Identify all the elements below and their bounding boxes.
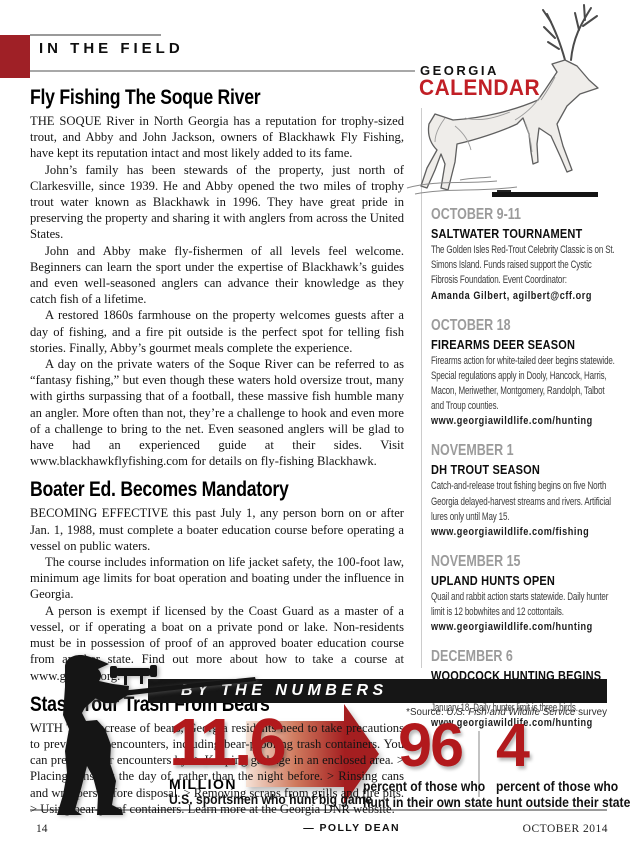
article-paragraph: BECOMING EFFECTIVE this past July 1, any… — [30, 505, 404, 554]
stat-value: 4 — [496, 717, 643, 773]
article-paragraph: A restored 1860s farmhouse on the proper… — [30, 307, 404, 356]
calendar-event: NOVEMBER 1 DH TROUT SEASON Catch-and-rel… — [431, 442, 631, 538]
stat-label: percent of those who — [363, 779, 462, 795]
event-description: Catch-and-release trout fishing begins o… — [431, 479, 615, 525]
calendar-events: OCTOBER 9-11 SALTWATER TOURNAMENT The Go… — [431, 206, 631, 744]
article-paragraph: John’s family has been stewards of the p… — [30, 162, 404, 243]
event-date: NOVEMBER 15 — [431, 553, 587, 571]
calendar-divider-bar — [492, 192, 598, 197]
event-date: OCTOBER 9-11 — [431, 206, 587, 224]
event-description: Firearms action for white-tailed deer be… — [431, 354, 615, 415]
event-title: DH TROUT SEASON — [431, 463, 607, 477]
event-contact: Amanda Gilbert, agilbert@cff.org — [431, 290, 591, 302]
article-title: Fly Fishing The Soque River — [30, 86, 344, 110]
stat-hunt-own-state: 96 percent of those who hunt in their ow… — [352, 717, 462, 811]
calendar-event: OCTOBER 18 FIREARMS DEER SEASON Firearms… — [431, 317, 631, 428]
event-description: The Golden Isles Red-Trout Celebrity Cla… — [431, 243, 615, 289]
article-title: Boater Ed. Becomes Mandatory — [30, 478, 344, 502]
calendar-event: NOVEMBER 15 UPLAND HUNTS OPEN Quail and … — [431, 553, 631, 633]
event-title: FIREARMS DEER SEASON — [431, 338, 607, 352]
article-paragraph: A day on the private waters of the Soque… — [30, 356, 404, 469]
event-date: DECEMBER 6 — [431, 648, 587, 666]
calendar-title: CALENDAR — [419, 75, 540, 101]
header-rule-top — [30, 34, 161, 36]
stat-value: 96 — [352, 717, 462, 773]
stat-label: percent of those who — [496, 779, 630, 795]
event-description: Quail and rabbit action starts statewide… — [431, 590, 615, 620]
issue-date: OCTOBER 2014 — [523, 823, 608, 835]
hunter-silhouette-illustration — [25, 653, 257, 815]
article-byline: — POLLY DEAN — [30, 822, 404, 834]
event-title: SALTWATER TOURNAMENT — [431, 227, 607, 241]
stat-label: hunt outside their state — [496, 795, 630, 811]
section-red-block — [0, 35, 30, 78]
header-rule-bottom — [30, 70, 415, 72]
article-paragraph: John and Abby make fly-fishermen of all … — [30, 243, 404, 308]
article-paragraph: THE SOQUE River in North Georgia has a r… — [30, 113, 404, 162]
event-date: OCTOBER 18 — [431, 317, 587, 335]
stat-hunt-outside-state: 4 percent of those who hunt outside thei… — [496, 717, 643, 811]
event-title: UPLAND HUNTS OPEN — [431, 574, 607, 588]
magazine-page: IN THE FIELD GEORGIA CAL — [0, 0, 643, 857]
event-link: www.georgiawildlife.com/fishing — [431, 526, 591, 538]
event-link: www.georgiawildlife.com/hunting — [431, 621, 591, 633]
event-date: NOVEMBER 1 — [431, 442, 587, 460]
section-title: IN THE FIELD — [39, 40, 184, 57]
event-link: www.georgiawildlife.com/hunting — [431, 415, 591, 427]
article-paragraph: The course includes information on life … — [30, 554, 404, 603]
calendar-event: OCTOBER 9-11 SALTWATER TOURNAMENT The Go… — [431, 206, 631, 302]
stat-label: hunt in their own state — [363, 795, 462, 811]
